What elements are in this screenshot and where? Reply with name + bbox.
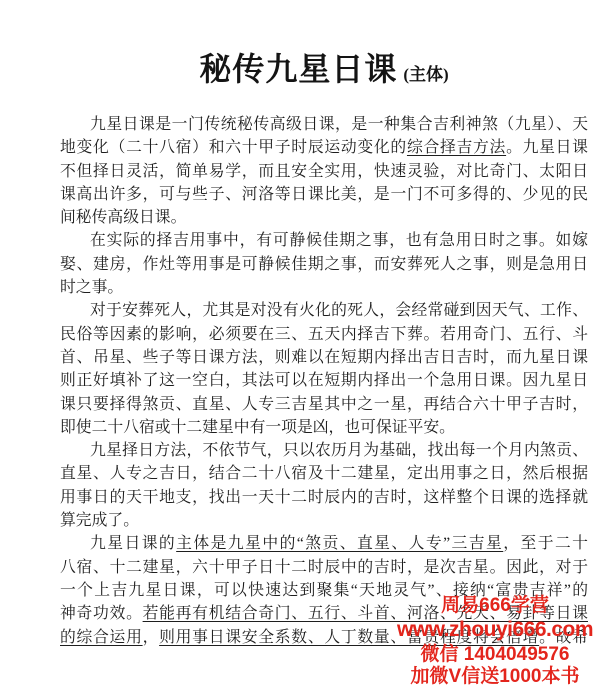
body-line-p5: 九星日课的主体是九星中的“煞贡、直星、人专”三吉星，至于二十 bbox=[60, 532, 588, 555]
text-segment: 。九星日课 bbox=[506, 139, 588, 156]
underlined-text: 则用事日课安全系数、人丁数量、富贵程度将会倍增 bbox=[159, 629, 539, 646]
text-segment: 不但择日灵活，简单易学，而且安全实用，快速灵验，对比奇门、太阳日 bbox=[60, 163, 588, 180]
text-segment: 在实际的择吉用事中，有可静候佳期之事，也有急用日时之事。如嫁 bbox=[90, 232, 588, 249]
body-line-p3: 对于安葬死人，尤其是对没有火化的死人，会经常碰到因天气、工作、 bbox=[60, 299, 588, 322]
body-line-p5: 八宿、十二建星，六十甲子日十二时辰中的吉时，是次吉星。因此，对于 bbox=[60, 556, 588, 579]
body-line-p2: 娶、建房，作灶等用事是可静候佳期之事，而安葬死人之事，则是急用日 bbox=[60, 253, 588, 276]
page-title: 秘传九星日课(主体) bbox=[60, 44, 588, 90]
body-line-p5: 神奇功效。若能再有机结合奇门、五行、斗首、河洛、先天、易卦等日课 bbox=[60, 602, 588, 625]
body-line-p5: 一个上吉九星日课，可以快速达到聚集“天地灵气”、接纳“富贵吉祥”的 bbox=[60, 579, 588, 602]
page-content: 秘传九星日课(主体) 九星日课是一门传统秘传高级日课，是一种集合吉利神煞（九星）… bbox=[60, 0, 588, 691]
text-segment: 娶、建房，作灶等用事是可静候佳期之事，而安葬死人之事，则是急用日 bbox=[60, 256, 588, 273]
text-segment: 九星择日方法，不依节气，只以农历月为基础，找出每一个月内煞贡、 bbox=[90, 442, 588, 459]
text-segment: 首、吊星、些子等日课方法，则难以在短期内择出吉日吉时，而九星日课 bbox=[60, 349, 588, 366]
title-subtitle-text: (主体) bbox=[403, 65, 448, 84]
text-segment: 课只要择得煞贡、直星、人专三吉星其中之一星，再结合六十甲子吉时， bbox=[60, 396, 588, 413]
underlined-text: 若能再有机结合奇门、五行、斗首、河洛、先天、易卦等日课 bbox=[143, 605, 588, 622]
body-line-p3: 民俗等因素的影响，必须要在三、五天内择吉下葬。若用奇门、五行、斗 bbox=[60, 323, 588, 346]
body-line-p3: 课只要择得煞贡、直星、人专三吉星其中之一星，再结合六十甲子吉时， bbox=[60, 393, 588, 416]
title-main-text: 秘传九星日课 bbox=[199, 51, 397, 87]
body-line-p4: 用事日的天干地支，找出一天十二时辰内的吉时，这样整个日课的选择就 bbox=[60, 486, 588, 509]
body-line-p1: 地变化（二十八宿）和六十甲子时辰运动变化的综合择吉方法。九星日课 bbox=[60, 136, 588, 159]
text-segment: 算完成了。 bbox=[60, 512, 139, 529]
text-segment: 时之事。 bbox=[60, 279, 123, 296]
text-segment: ，至于二十 bbox=[503, 535, 588, 552]
text-segment: 间秘传高级日课。 bbox=[60, 209, 186, 226]
body-line-p5: 的综合运用，则用事日课安全系数、人丁数量、富贵程度将会倍增。故希 bbox=[60, 626, 588, 649]
text-segment: 则正好填补了这一空白，其法可以在短期内择出一个急用日课。因九星日 bbox=[60, 372, 588, 389]
text-segment: ， bbox=[143, 629, 160, 646]
body-line-p4: 直星、人专之吉日，结合二十八宿及十二建星，定出用事之日，然后根据 bbox=[60, 462, 588, 485]
body-text: 九星日课是一门传统秘传高级日课，是一种集合吉利神煞（九星）、天地变化（二十八宿）… bbox=[60, 113, 588, 649]
body-line-p1: 不但择日灵活，简单易学，而且安全实用，快速灵验，对比奇门、太阳日 bbox=[60, 160, 588, 183]
body-line-p3: 首、吊星、些子等日课方法，则难以在短期内择出吉日吉时，而九星日课 bbox=[60, 346, 588, 369]
underlined-text: 的综合运用 bbox=[60, 629, 143, 646]
text-segment: 。故希 bbox=[539, 629, 588, 646]
text-segment: 对于安葬死人，尤其是对没有火化的死人，会经常碰到因天气、工作、 bbox=[90, 302, 588, 319]
body-line-p2: 时之事。 bbox=[60, 276, 588, 299]
body-line-p2: 在实际的择吉用事中，有可静候佳期之事，也有急用日时之事。如嫁 bbox=[60, 229, 588, 252]
text-segment: 九星日课的 bbox=[90, 535, 176, 552]
underlined-text: 主体是九星中的“煞贡、直星、人专”三吉星 bbox=[176, 535, 503, 552]
text-segment: 用事日的天干地支，找出一天十二时辰内的吉时，这样整个日课的选择就 bbox=[60, 489, 588, 506]
body-line-p3: 即使二十八宿或十二建星中有一项是凶，也可保证平安。 bbox=[60, 416, 588, 439]
text-segment: 民俗等因素的影响，必须要在三、五天内择吉下葬。若用奇门、五行、斗 bbox=[60, 326, 588, 343]
body-line-p4: 算完成了。 bbox=[60, 509, 588, 532]
body-line-p1: 课高出许多，可与些子、河洛等日课比美，是一门不可多得的、少见的民 bbox=[60, 183, 588, 206]
body-line-p1: 间秘传高级日课。 bbox=[60, 206, 588, 229]
text-segment: 神奇功效。 bbox=[60, 605, 143, 622]
document-page: 秘传九星日课(主体) 九星日课是一门传统秘传高级日课，是一种集合吉利神煞（九星）… bbox=[0, 0, 601, 691]
text-segment: 即使二十八宿或十二建星中有一项是凶，也可保证平安。 bbox=[60, 419, 455, 436]
text-segment: 直星、人专之吉日，结合二十八宿及十二建星，定出用事之日，然后根据 bbox=[60, 465, 588, 482]
body-line-p4: 九星择日方法，不依节气，只以农历月为基础，找出每一个月内煞贡、 bbox=[60, 439, 588, 462]
text-segment: 八宿、十二建星，六十甲子日十二时辰中的吉时，是次吉星。因此，对于 bbox=[60, 559, 588, 576]
text-segment: 一个上吉九星日课，可以快速达到聚集“天地灵气”、接纳“富贵吉祥”的 bbox=[60, 582, 588, 599]
underlined-text: 综合择吉方法 bbox=[407, 139, 506, 156]
text-segment: 九星日课是一门传统秘传高级日课，是一种集合吉利神煞（九星）、天 bbox=[90, 116, 588, 133]
body-line-p1: 九星日课是一门传统秘传高级日课，是一种集合吉利神煞（九星）、天 bbox=[60, 113, 588, 136]
text-segment: 地变化（二十八宿）和六十甲子时辰运动变化的 bbox=[60, 139, 407, 156]
body-line-p3: 则正好填补了这一空白，其法可以在短期内择出一个急用日课。因九星日 bbox=[60, 369, 588, 392]
text-segment: 课高出许多，可与些子、河洛等日课比美，是一门不可多得的、少见的民 bbox=[60, 186, 588, 203]
